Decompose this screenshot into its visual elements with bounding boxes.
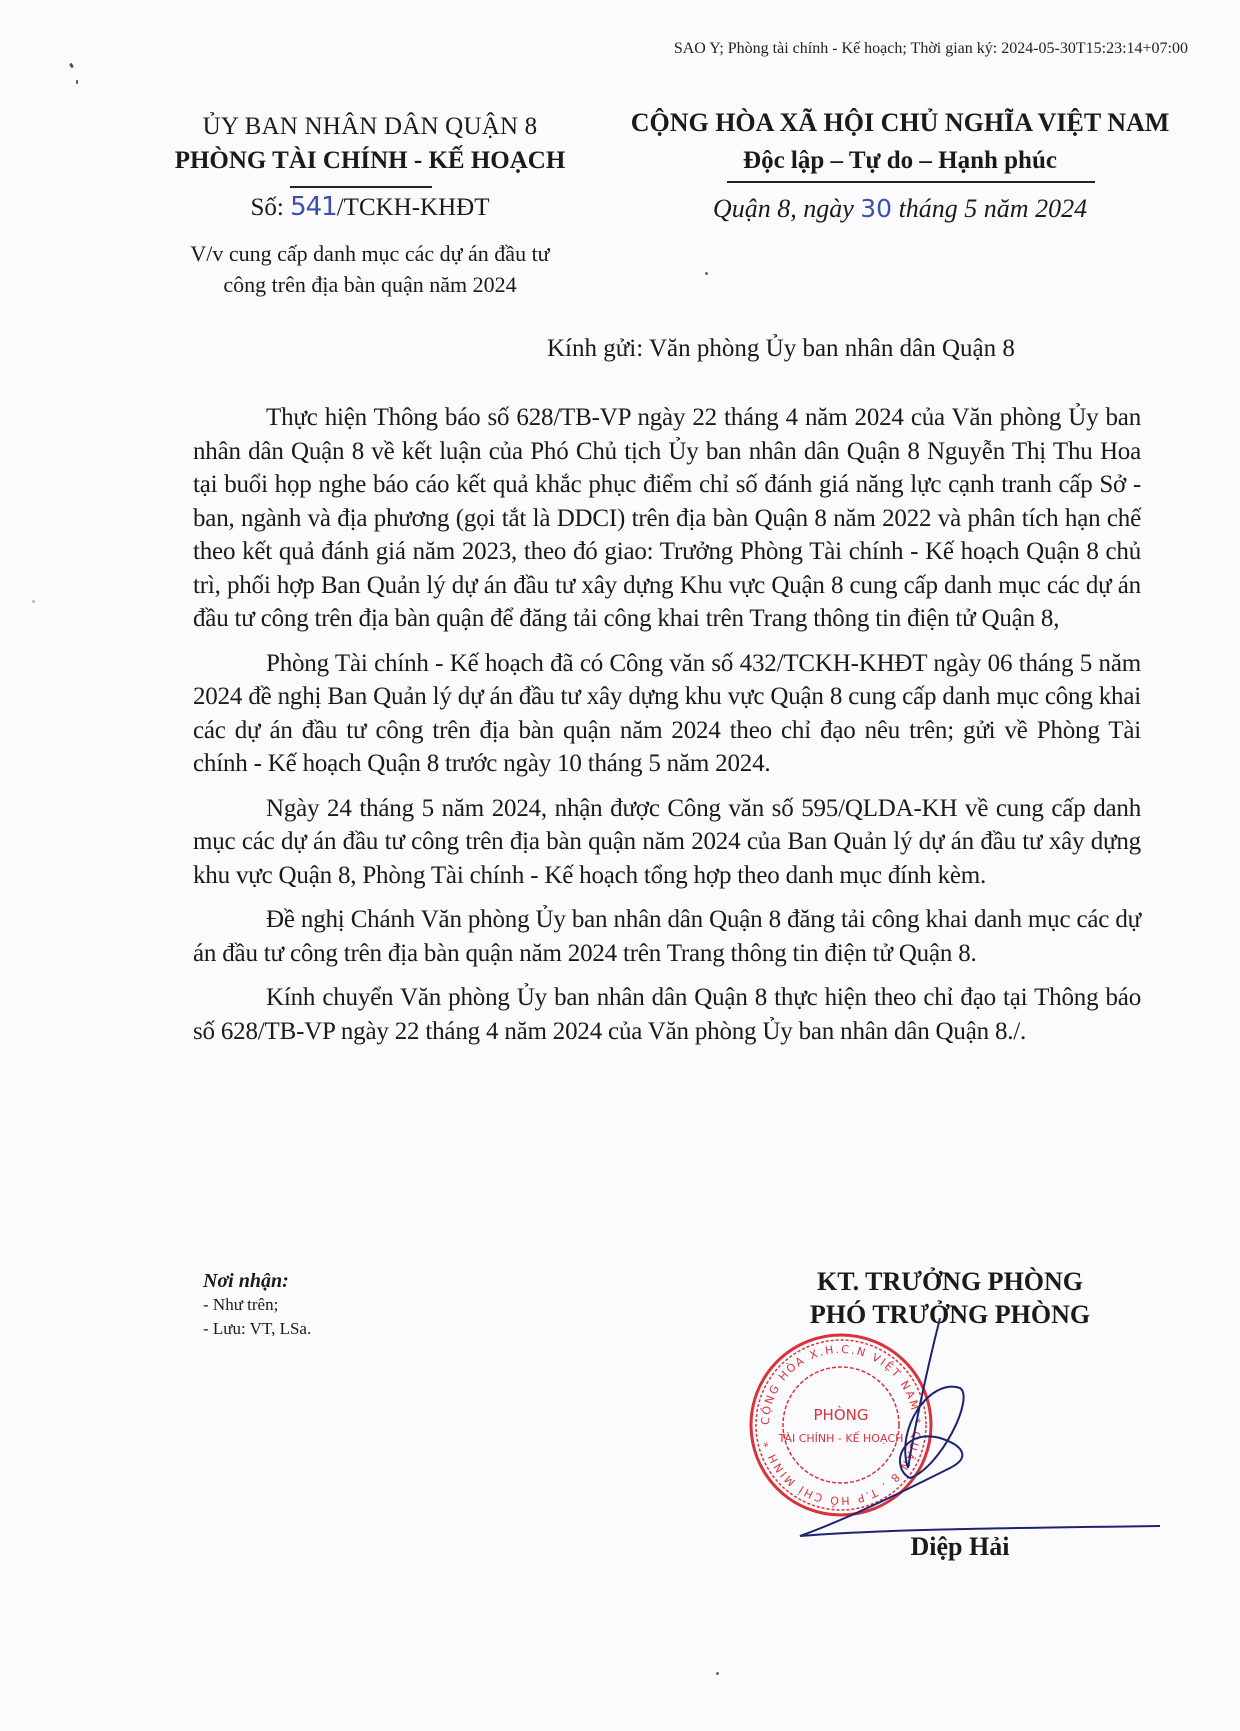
document-body: Thực hiện Thông báo số 628/TB-VP ngày 22… (193, 401, 1141, 1059)
agency-parent: ỦY BAN NHÂN DÂN QUẬN 8 (130, 113, 610, 141)
recipients-block: Nơi nhận: - Như trên; - Lưu: VT, LSa. (203, 1270, 311, 1341)
agency-name: PHÒNG TÀI CHÍNH - KẾ HOẠCH (130, 147, 610, 175)
body-paragraph: Kính chuyển Văn phòng Ủy ban nhân dân Qu… (193, 981, 1141, 1048)
addressee: Kính gửi: Văn phòng Ủy ban nhân dân Quận… (547, 335, 1015, 363)
number-handwritten: 541 (290, 192, 337, 222)
place-and-date: Quận 8, ngày 30 tháng 5 năm 2024 (600, 194, 1200, 224)
scan-speck (32, 600, 35, 603)
header-divider-right (727, 181, 1095, 183)
number-prefix: Số: (250, 194, 283, 221)
body-paragraph: Thực hiện Thông báo số 628/TB-VP ngày 22… (193, 401, 1141, 636)
recipient-item: - Lưu: VT, LSa. (203, 1317, 311, 1341)
scan-speck (716, 1672, 719, 1675)
number-suffix: /TCKH-KHĐT (337, 194, 490, 221)
signature-line-1: KT. TRƯỞNG PHÒNG (760, 1265, 1140, 1298)
date-suffix: tháng 5 năm 2024 (899, 194, 1088, 223)
handwritten-signature-icon (790, 1318, 1160, 1538)
national-title: CỘNG HÒA XÃ HỘI CHỦ NGHĨA VIỆT NAM (600, 108, 1200, 138)
document-subject: V/v cung cấp danh mục các dự án đầu tư c… (130, 238, 610, 300)
digital-signature-stamp: SAO Y; Phòng tài chính - Kế hoạch; Thời … (674, 40, 1188, 58)
recipient-item: - Như trên; (203, 1293, 311, 1317)
scan-speck (69, 63, 74, 69)
day-handwritten: 30 (860, 194, 892, 223)
national-motto: Độc lập – Tự do – Hạnh phúc (600, 147, 1200, 175)
body-paragraph: Ngày 24 tháng 5 năm 2024, nhận được Công… (193, 792, 1141, 893)
body-paragraph: Đề nghị Chánh Văn phòng Ủy ban nhân dân … (193, 903, 1141, 970)
scan-speck (705, 272, 708, 275)
recipients-title: Nơi nhận: (203, 1270, 311, 1293)
subject-line: V/v cung cấp danh mục các dự án đầu tư (130, 238, 610, 269)
scan-speck (76, 80, 78, 84)
document-number: Số: 541/TCKH-KHĐT (130, 192, 610, 222)
body-paragraph: Phòng Tài chính - Kế hoạch đã có Công vă… (193, 647, 1141, 781)
header-divider-left (290, 186, 432, 188)
subject-line: công trên địa bàn quận năm 2024 (130, 269, 610, 300)
signer-name: Diệp Hải (820, 1532, 1100, 1562)
place-prefix: Quận 8, ngày (713, 194, 854, 223)
